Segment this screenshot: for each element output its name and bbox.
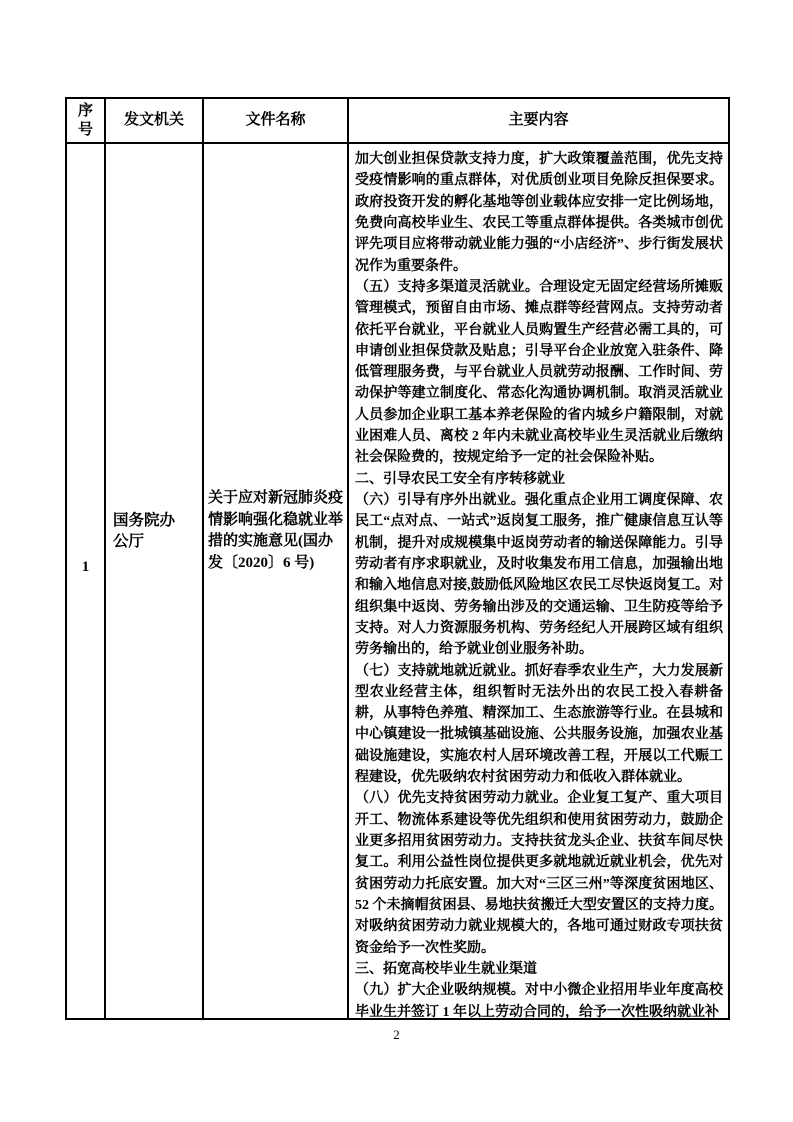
cell-main-content: 加大创业担保贷款支持力度，扩大政策覆盖范围，优先支持受疫情影响的重点群体，对优质… <box>348 143 729 1019</box>
header-issuing-agency-label: 发文机关 <box>124 112 184 128</box>
page-number: 2 <box>0 1027 793 1043</box>
cell-issuing-agency: 国务院办公厅 <box>105 143 203 1019</box>
cell-serial-number: 1 <box>66 143 105 1019</box>
header-document-title: 文件名称 <box>203 98 348 143</box>
table-row: 1 国务院办公厅 关于应对新冠肺炎疫情影响强化稳就业举措的实施意见(国办发〔20… <box>66 143 729 1019</box>
content-paragraph: （五）支持多渠道灵活就业。合理设定无固定经营场所摊贩管理模式，预留自由市场、摊点… <box>355 277 723 469</box>
content-paragraph: （九）扩大企业吸纳规模。对中小微企业招用毕业年度高校毕业生并签订 1 年以上劳动… <box>355 980 723 1018</box>
header-serial-number-label: 序号 <box>77 102 95 140</box>
content-paragraph: （七）支持就地就近就业。抓好春季农业生产，大力发展新型农业经营主体，组织暂时无法… <box>355 661 723 789</box>
content-paragraph: （六）引导有序外出就业。强化重点企业用工调度保障、农民工“点对点、一站式”返岗复… <box>355 490 723 661</box>
issuing-agency-value: 国务院办公厅 <box>113 510 179 552</box>
serial-number-value: 1 <box>67 559 104 576</box>
document-title-value: 关于应对新冠肺炎疫情影响强化稳就业举措的实施意见(国办发〔2020〕6 号) <box>208 488 345 574</box>
document-page: 序号 发文机关 文件名称 主要内容 1 国务院办公厅 <box>0 0 793 1122</box>
header-main-content: 主要内容 <box>348 98 729 143</box>
header-serial-number: 序号 <box>66 98 105 143</box>
header-main-content-label: 主要内容 <box>508 112 568 128</box>
header-document-title-label: 文件名称 <box>245 112 305 128</box>
content-paragraph: （八）优先支持贫困劳动力就业。企业复工复产、重大项目开工、物流体系建设等优先组织… <box>355 788 723 959</box>
content-paragraph: 三、拓宽高校毕业生就业渠道 <box>355 959 723 980</box>
main-content-text: 加大创业担保贷款支持力度，扩大政策覆盖范围，优先支持受疫情影响的重点群体，对优质… <box>349 144 728 1018</box>
documents-table: 序号 发文机关 文件名称 主要内容 1 国务院办公厅 <box>65 97 730 1020</box>
content-paragraph: 加大创业担保贷款支持力度，扩大政策覆盖范围，优先支持受疫情影响的重点群体，对优质… <box>355 149 723 277</box>
header-issuing-agency: 发文机关 <box>105 98 203 143</box>
content-paragraph: 二、引导农民工安全有序转移就业 <box>355 469 723 490</box>
table-header-row: 序号 发文机关 文件名称 主要内容 <box>66 98 729 143</box>
cell-document-title: 关于应对新冠肺炎疫情影响强化稳就业举措的实施意见(国办发〔2020〕6 号) <box>203 143 348 1019</box>
